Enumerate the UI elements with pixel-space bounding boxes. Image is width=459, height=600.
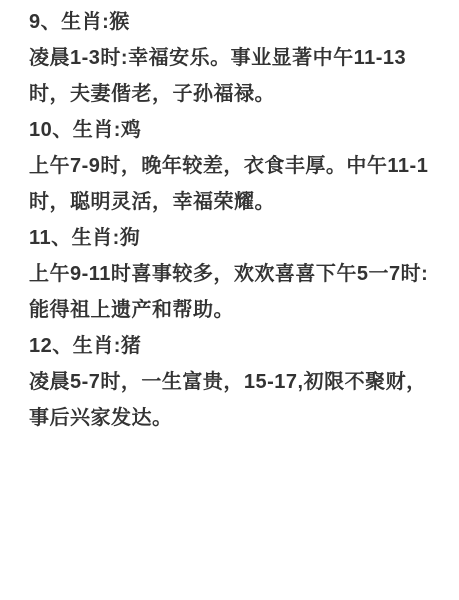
zodiac-heading: 12、生肖:猪 xyxy=(29,328,447,364)
zodiac-heading: 10、生肖:鸡 xyxy=(29,112,447,148)
zodiac-body: 上午9-11时喜事较多，欢欢喜喜下午5一7时: 能得祖上遗产和帮助。 xyxy=(29,256,447,328)
zodiac-section-pig: 12、生肖:猪 凌晨5-7时，一生富贵，15-17,初限不聚财， 事后兴家发达。 xyxy=(29,328,447,436)
zodiac-section-dog: 11、生肖:狗 上午9-11时喜事较多，欢欢喜喜下午5一7时: 能得祖上遗产和帮… xyxy=(29,220,447,328)
article-page: 9、生肖:猴 凌晨1-3时:幸福安乐。事业显著中午11-13 时，夫妻偕老，子孙… xyxy=(0,0,459,600)
zodiac-heading: 11、生肖:狗 xyxy=(29,220,447,256)
zodiac-body: 凌晨1-3时:幸福安乐。事业显著中午11-13 时，夫妻偕老，子孙福禄。 xyxy=(29,40,447,112)
zodiac-section-monkey: 9、生肖:猴 凌晨1-3时:幸福安乐。事业显著中午11-13 时，夫妻偕老，子孙… xyxy=(29,4,447,112)
zodiac-section-rooster: 10、生肖:鸡 上午7-9时，晚年较差，衣食丰厚。中午11-1 时，聪明灵活，幸… xyxy=(29,112,447,220)
zodiac-heading: 9、生肖:猴 xyxy=(29,4,447,40)
zodiac-body: 凌晨5-7时，一生富贵，15-17,初限不聚财， 事后兴家发达。 xyxy=(29,364,447,436)
zodiac-body: 上午7-9时，晚年较差，衣食丰厚。中午11-1 时，聪明灵活，幸福荣耀。 xyxy=(29,148,447,220)
